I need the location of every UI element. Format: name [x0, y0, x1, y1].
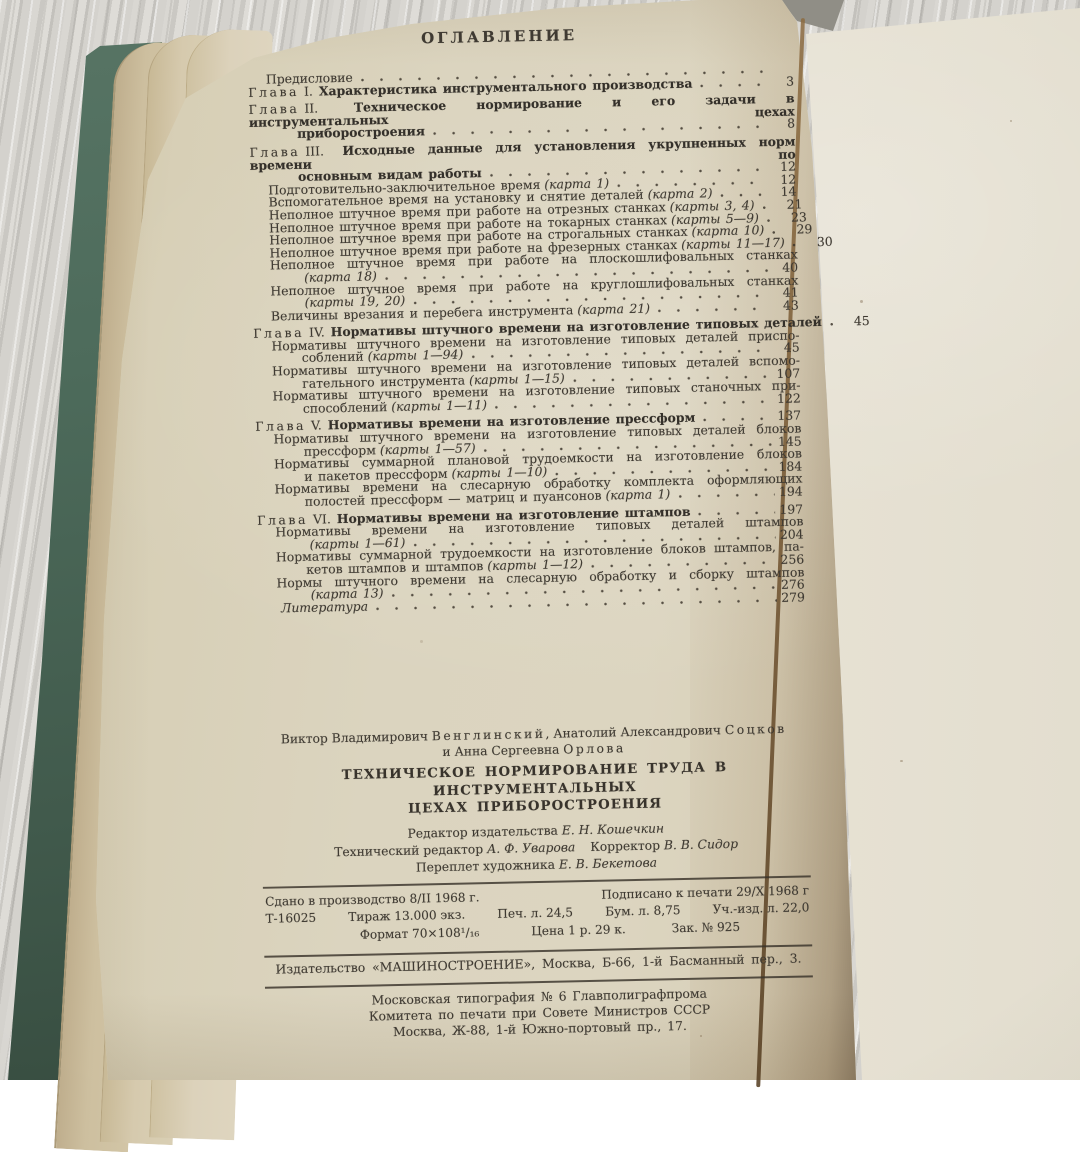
toc-page-number: 194 — [779, 485, 803, 498]
imprint-cell: Цена 1 р. 29 к. — [531, 921, 626, 940]
imprint-cell: Зак. № 925 — [672, 919, 741, 938]
imprint-cell: Печ. л. 24,5 — [497, 905, 573, 924]
toc-entry-text: приборостроения — [297, 126, 425, 141]
printed-page-content: ОГЛАВЛЕНИЕ ПредисловиеГлаваI. Характерис… — [245, 23, 814, 1044]
toc-entry-text: способлений — [303, 401, 388, 415]
dot-leader — [678, 493, 774, 498]
imprint-cell: Т-16025 — [265, 910, 316, 929]
author-text: , Анатолий Александрович — [545, 723, 725, 741]
editor-name: Е. Н. Кошечкин — [562, 821, 664, 837]
toc-entry-text: Литература — [281, 600, 368, 614]
editor-role: Корректор — [590, 838, 664, 854]
dot-leader — [376, 599, 777, 610]
dot-leader — [658, 307, 771, 312]
author-text: и Анна Сергеевна — [442, 742, 563, 759]
dot-leader — [495, 400, 773, 409]
toc-page-number: 3 — [770, 75, 794, 88]
editor-name: А. Ф. Уварова — [487, 840, 576, 856]
toc-page-number: 8 — [771, 118, 795, 131]
author-surname: Соцков — [725, 722, 787, 737]
editor-name: Е. В. Бекетова — [559, 855, 657, 871]
foxing-speck — [900, 760, 903, 762]
editors-block: Редактор издательства Е. Н. Кошечкин Тех… — [262, 817, 811, 879]
photo-scene: ОГЛАВЛЕНИЕ ПредисловиеГлаваI. Характерис… — [0, 0, 1080, 1080]
chapter-label: Глава — [248, 85, 299, 99]
dot-leader — [830, 323, 842, 326]
toc-card-ref: (карта 1) — [605, 488, 670, 502]
toc-card-ref: (карты 1—11) — [391, 399, 487, 414]
foxing-speck — [860, 300, 863, 303]
author-surname: Венглинский — [432, 727, 546, 743]
publisher-line: Издательство «МАШИНОСТРОЕНИЕ», Москва, Б… — [264, 947, 812, 980]
book-title: ТЕХНИЧЕСКОЕ НОРМИРОВАНИЕ ТРУДА В ИНСТРУМ… — [260, 758, 809, 822]
editor-role: Технический редактор — [334, 842, 487, 859]
toc-page-number: 30 — [809, 235, 833, 248]
toc-page-number: 122 — [777, 392, 801, 405]
dot-leader — [433, 125, 767, 135]
toc-page-number: 29 — [788, 223, 812, 236]
author-text: Виктор Владимирович — [281, 730, 432, 747]
toc-list: ПредисловиеГлаваI. Характеристика инстру… — [246, 63, 805, 616]
editor-name: В. В. Сидор — [664, 837, 738, 853]
imprint-cell: Формат 70×108¹/₁₆ — [360, 924, 480, 944]
editor-role: Редактор издательства — [407, 823, 562, 840]
colophon: Виктор Владимирович Венглинский, Анатоли… — [260, 722, 814, 1043]
dot-leader — [763, 206, 775, 209]
toc-page-number: 45 — [846, 315, 870, 328]
foxing-speck — [1010, 120, 1012, 122]
chapter-number: I. — [304, 85, 313, 98]
toc-page-number: 43 — [775, 299, 799, 312]
imprint-cell: Бум. л. 8,75 — [605, 902, 681, 921]
dot-leader — [772, 231, 784, 234]
foxing-speck — [700, 1035, 702, 1037]
imprint-table: Сдано в производство 8/II 1968 г. Подпис… — [263, 877, 812, 949]
editor-role: Переплет художника — [416, 857, 559, 874]
dot-leader — [767, 218, 779, 221]
dot-leader — [793, 243, 805, 246]
toc-card-ref: (карта 21) — [577, 302, 650, 316]
author-surname: Орлова — [563, 741, 626, 756]
toc-page-number: 279 — [781, 591, 805, 604]
imprint-cell: Уч.-изд. л. 22,0 — [712, 900, 809, 920]
dot-leader — [700, 83, 766, 87]
